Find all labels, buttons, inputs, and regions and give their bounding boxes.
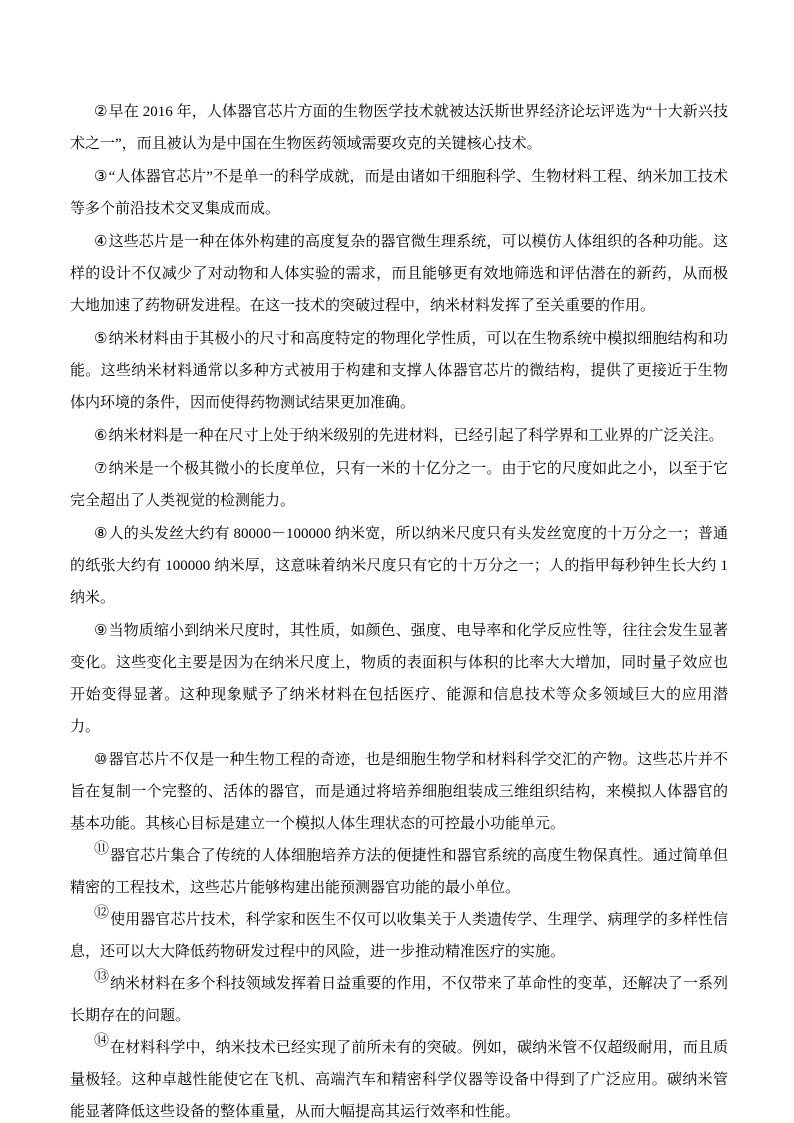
paragraph-text: 纳米材料在多个科技领域发挥着日益重要的作用，不仅带来了革命性的变革，还解决了一系… <box>70 976 728 1024</box>
paragraph-④: ④这些芯片是一种在体外构建的高度复杂的器官微生理系统，可以模仿人体组织的各种功能… <box>70 225 728 322</box>
paragraph-marker: ⑪ <box>94 841 110 856</box>
paragraph-⑩: ⑩器官芯片不仅是一种生物工程的奇迹，也是细胞生物学和材料科学交汇的产物。这些芯片… <box>70 743 728 840</box>
paragraph-marker: ⑩ <box>94 750 109 768</box>
paragraph-marker: ② <box>94 102 109 120</box>
paragraph-text: 器官芯片不仅是一种生物工程的奇迹，也是细胞生物学和材料科学交汇的产物。这些芯片并… <box>70 752 728 832</box>
paragraph-text: 这些芯片是一种在体外构建的高度复杂的器官微生理系统，可以模仿人体组织的各种功能。… <box>70 234 728 314</box>
paragraph-marker: ⑧ <box>94 524 109 542</box>
paragraph-⑥: ⑥纳米材料是一种在尺寸上处于纳米级别的先进材料，已经引起了科学界和工业界的广泛关… <box>70 419 728 452</box>
paragraph-marker: ⑤ <box>94 329 109 347</box>
paragraph-marker: ⑫ <box>94 905 110 920</box>
paragraph-⑬: ⑬纳米材料在多个科技领域发挥着日益重要的作用，不仅带来了革命性的变革，还解决了一… <box>70 968 728 1032</box>
paragraph-text: 在材料科学中，纳米技术已经实现了前所未有的突破。例如，碳纳米管不仅超级耐用，而且… <box>70 1040 728 1120</box>
paragraph-text: 早在 2016 年，人体器官芯片方面的生物医学技术就被达沃斯世界经济论坛评选为“… <box>70 104 728 152</box>
paragraph-⑦: ⑦纳米是一个极其微小的长度单位，只有一米的十亿分之一。由于它的尺度如此之小，以至… <box>70 452 728 517</box>
paragraph-text: 纳米材料是一种在尺寸上处于纳米级别的先进材料，已经引起了科学界和工业界的广泛关注… <box>108 428 723 444</box>
document-page: ②早在 2016 年，人体器官芯片方面的生物医学技术就被达沃斯世界经济论坛评选为… <box>0 0 794 1123</box>
document-body: ②早在 2016 年，人体器官芯片方面的生物医学技术就被达沃斯世界经济论坛评选为… <box>70 95 728 1123</box>
paragraph-marker: ⑥ <box>94 426 108 444</box>
paragraph-③: ③“人体器官芯片”不是单一的科学成就，而是由诸如干细胞科学、生物材料工程、纳米加… <box>70 160 728 225</box>
paragraph-⑤: ⑤纳米材料由于其极小的尺寸和高度特定的物理化学性质，可以在生物系统中模拟细胞结构… <box>70 322 728 419</box>
paragraph-text: “人体器官芯片”不是单一的科学成就，而是由诸如干细胞科学、生物材料工程、纳米加工… <box>70 169 728 217</box>
paragraph-marker: ④ <box>94 232 109 250</box>
paragraph-text: 纳米材料由于其极小的尺寸和高度特定的物理化学性质，可以在生物系统中模拟细胞结构和… <box>70 331 728 411</box>
paragraph-text: 器官芯片集合了传统的人体细胞培养方法的便捷性和器官系统的高度生物保真性。通过简单… <box>70 848 728 896</box>
paragraph-⑨: ⑨当物质缩小到纳米尺度时，其性质，如颜色、强度、电导率和化学反应性等，往往会发生… <box>70 614 728 743</box>
paragraph-text: 使用器官芯片技术，科学家和医生不仅可以收集关于人类遗传学、生理学、病理学的多样性… <box>70 912 728 960</box>
paragraph-text: 纳米是一个极其微小的长度单位，只有一米的十亿分之一。由于它的尺度如此之小，以至于… <box>70 461 728 509</box>
paragraph-⑧: ⑧人的头发丝大约有 80000－100000 纳米宽，所以纳米尺度只有头发丝宽度… <box>70 517 728 614</box>
paragraph-⑭: ⑭在材料科学中，纳米技术已经实现了前所未有的突破。例如，碳纳米管不仅超级耐用，而… <box>70 1032 728 1123</box>
paragraph-text: 当物质缩小到纳米尺度时，其性质，如颜色、强度、电导率和化学反应性等，往往会发生显… <box>70 623 728 735</box>
paragraph-marker: ③ <box>94 167 109 185</box>
paragraph-marker: ⑦ <box>94 459 109 477</box>
paragraph-⑪: ⑪器官芯片集合了传统的人体细胞培养方法的便捷性和器官系统的高度生物保真性。通过简… <box>70 840 728 904</box>
paragraph-text: 人的头发丝大约有 80000－100000 纳米宽，所以纳米尺度只有头发丝宽度的… <box>70 526 728 606</box>
paragraph-⑫: ⑫使用器官芯片技术，科学家和医生不仅可以收集关于人类遗传学、生理学、病理学的多样… <box>70 904 728 968</box>
paragraph-marker: ⑨ <box>94 621 109 639</box>
paragraph-②: ②早在 2016 年，人体器官芯片方面的生物医学技术就被达沃斯世界经济论坛评选为… <box>70 95 728 160</box>
paragraph-marker: ⑬ <box>94 969 110 984</box>
paragraph-marker: ⑭ <box>94 1033 110 1048</box>
